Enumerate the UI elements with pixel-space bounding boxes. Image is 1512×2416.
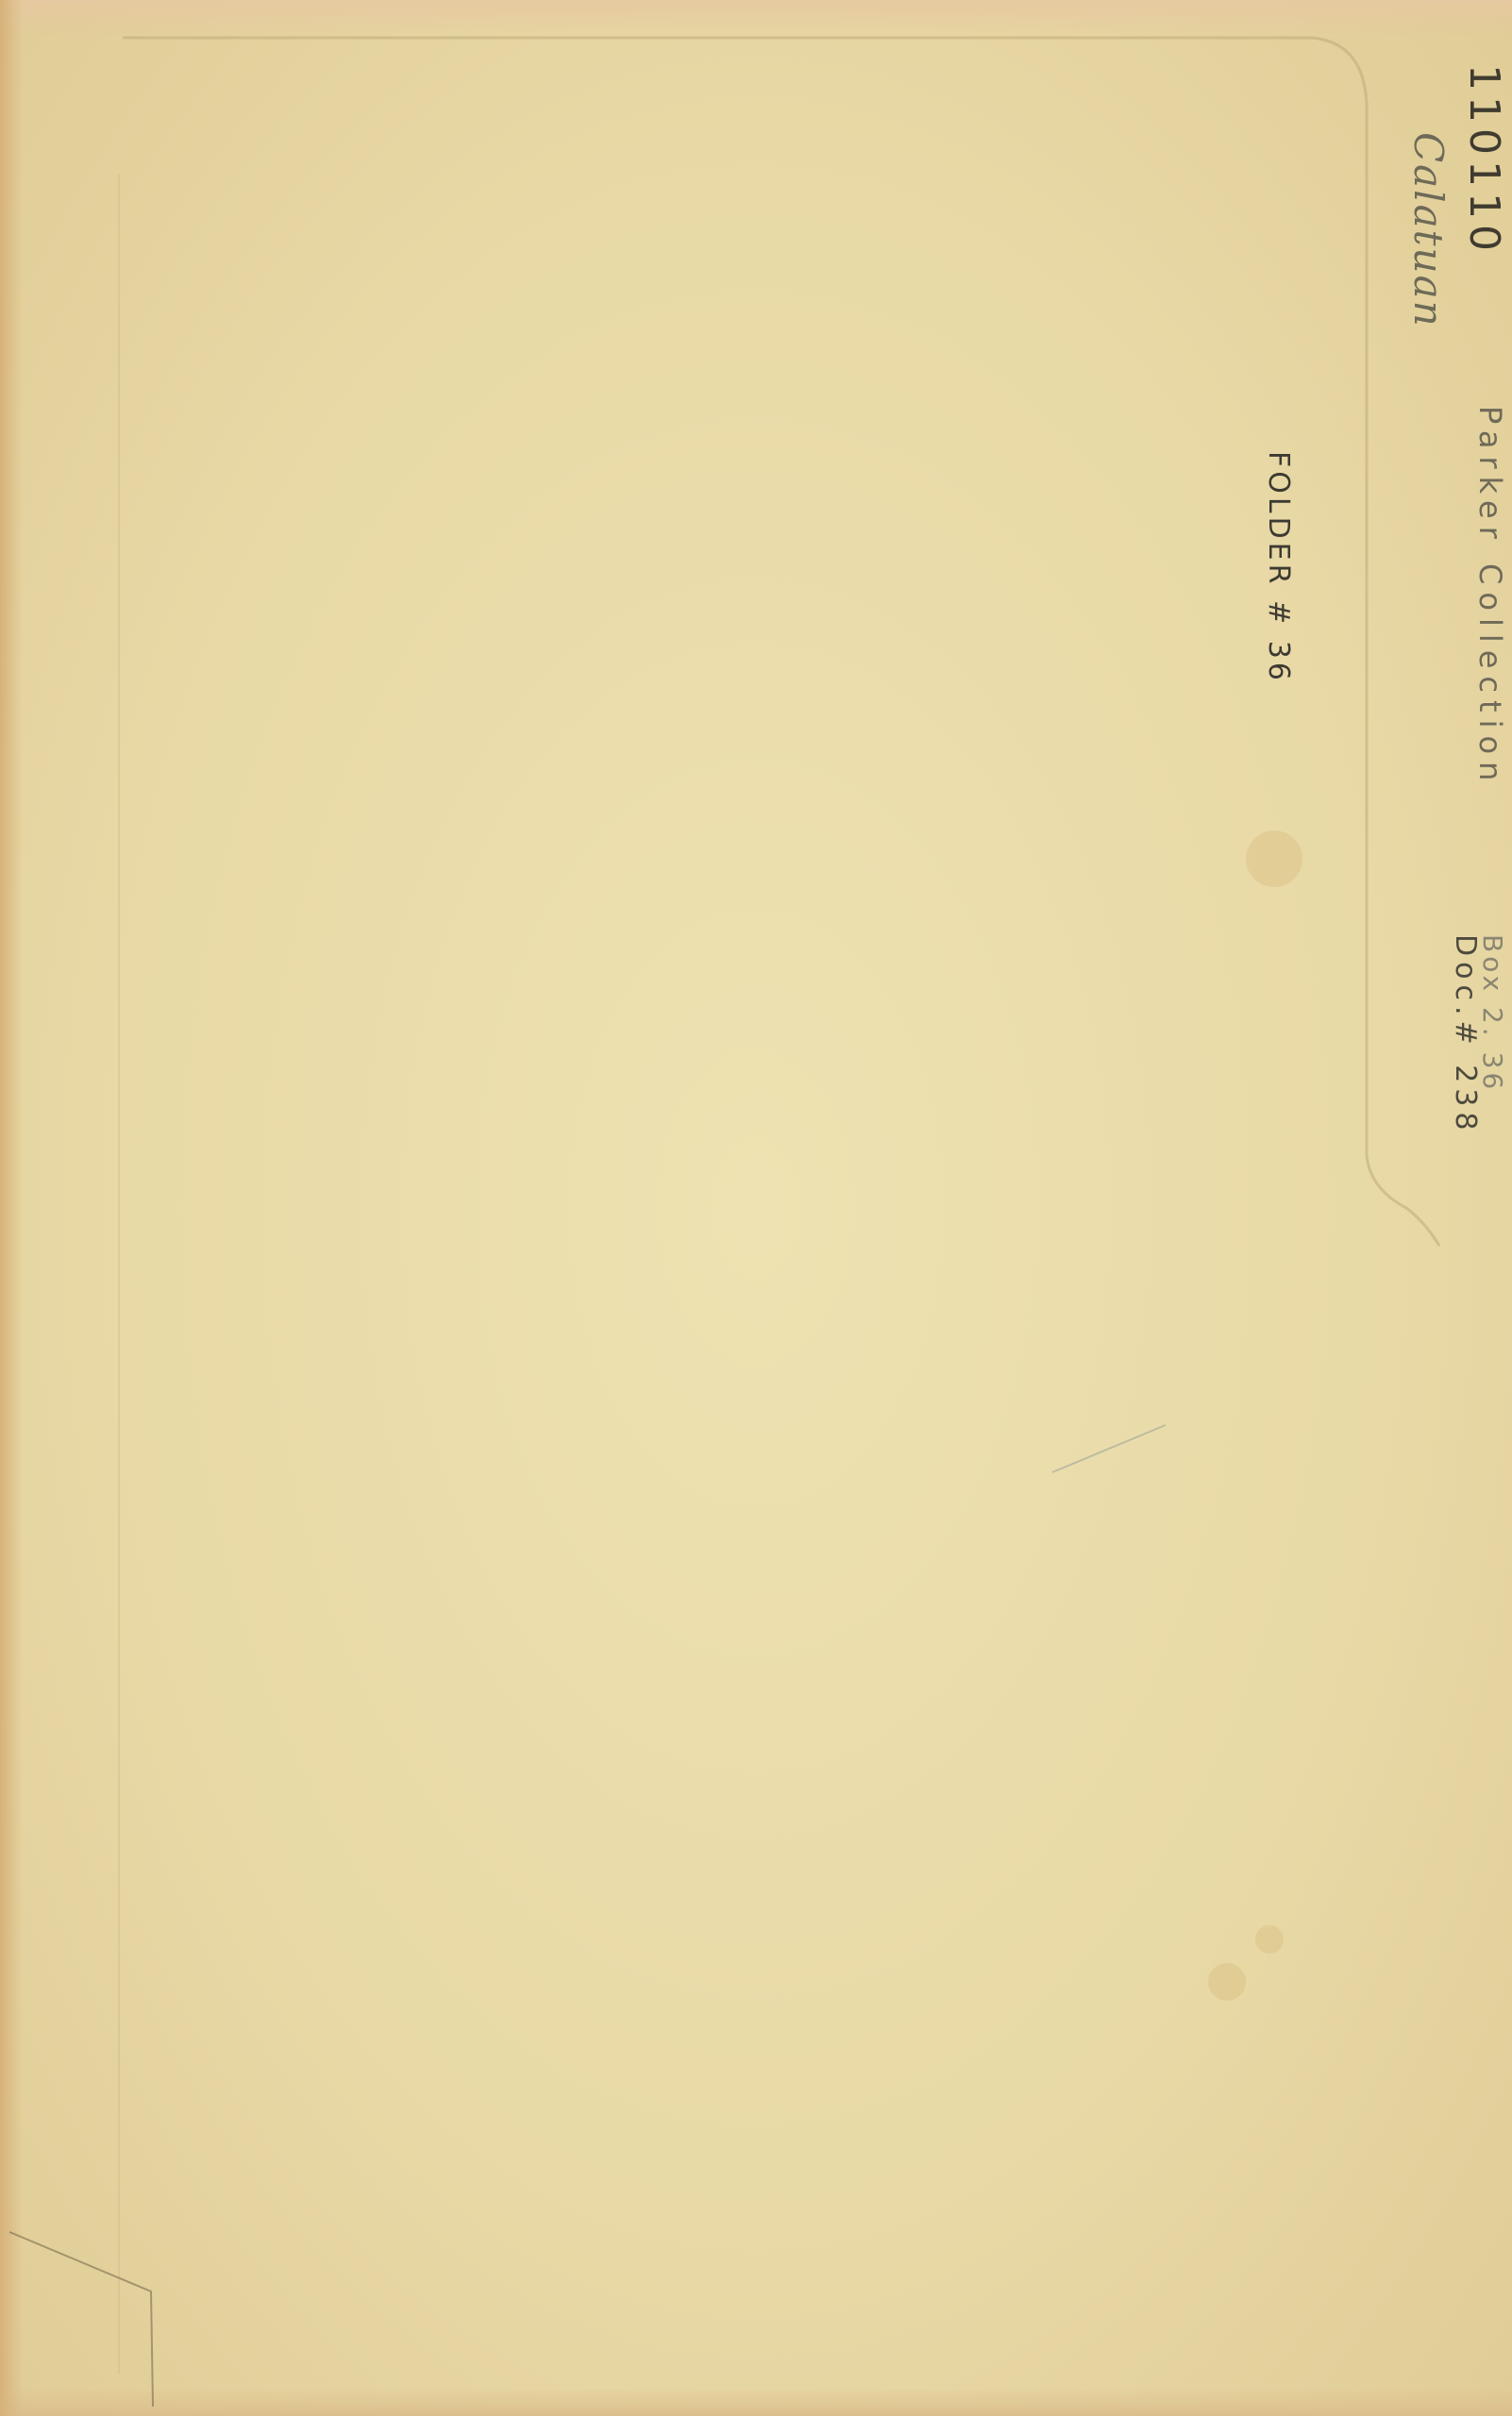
folder-number-annotation: FOLDER # 36: [1262, 451, 1295, 684]
folder-tab-outline: [0, 0, 1512, 2416]
foxing-spot: [1255, 1925, 1284, 1954]
item-id-annotation: 110110: [1460, 64, 1508, 257]
doc-number-annotation: Doc.# 238: [1449, 934, 1482, 1135]
name-annotation: Calatuan: [1405, 132, 1452, 328]
foxing-spot: [1246, 830, 1302, 887]
foxing-spot: [1208, 1963, 1246, 2001]
collection-annotation: Parker Collection: [1472, 406, 1508, 788]
